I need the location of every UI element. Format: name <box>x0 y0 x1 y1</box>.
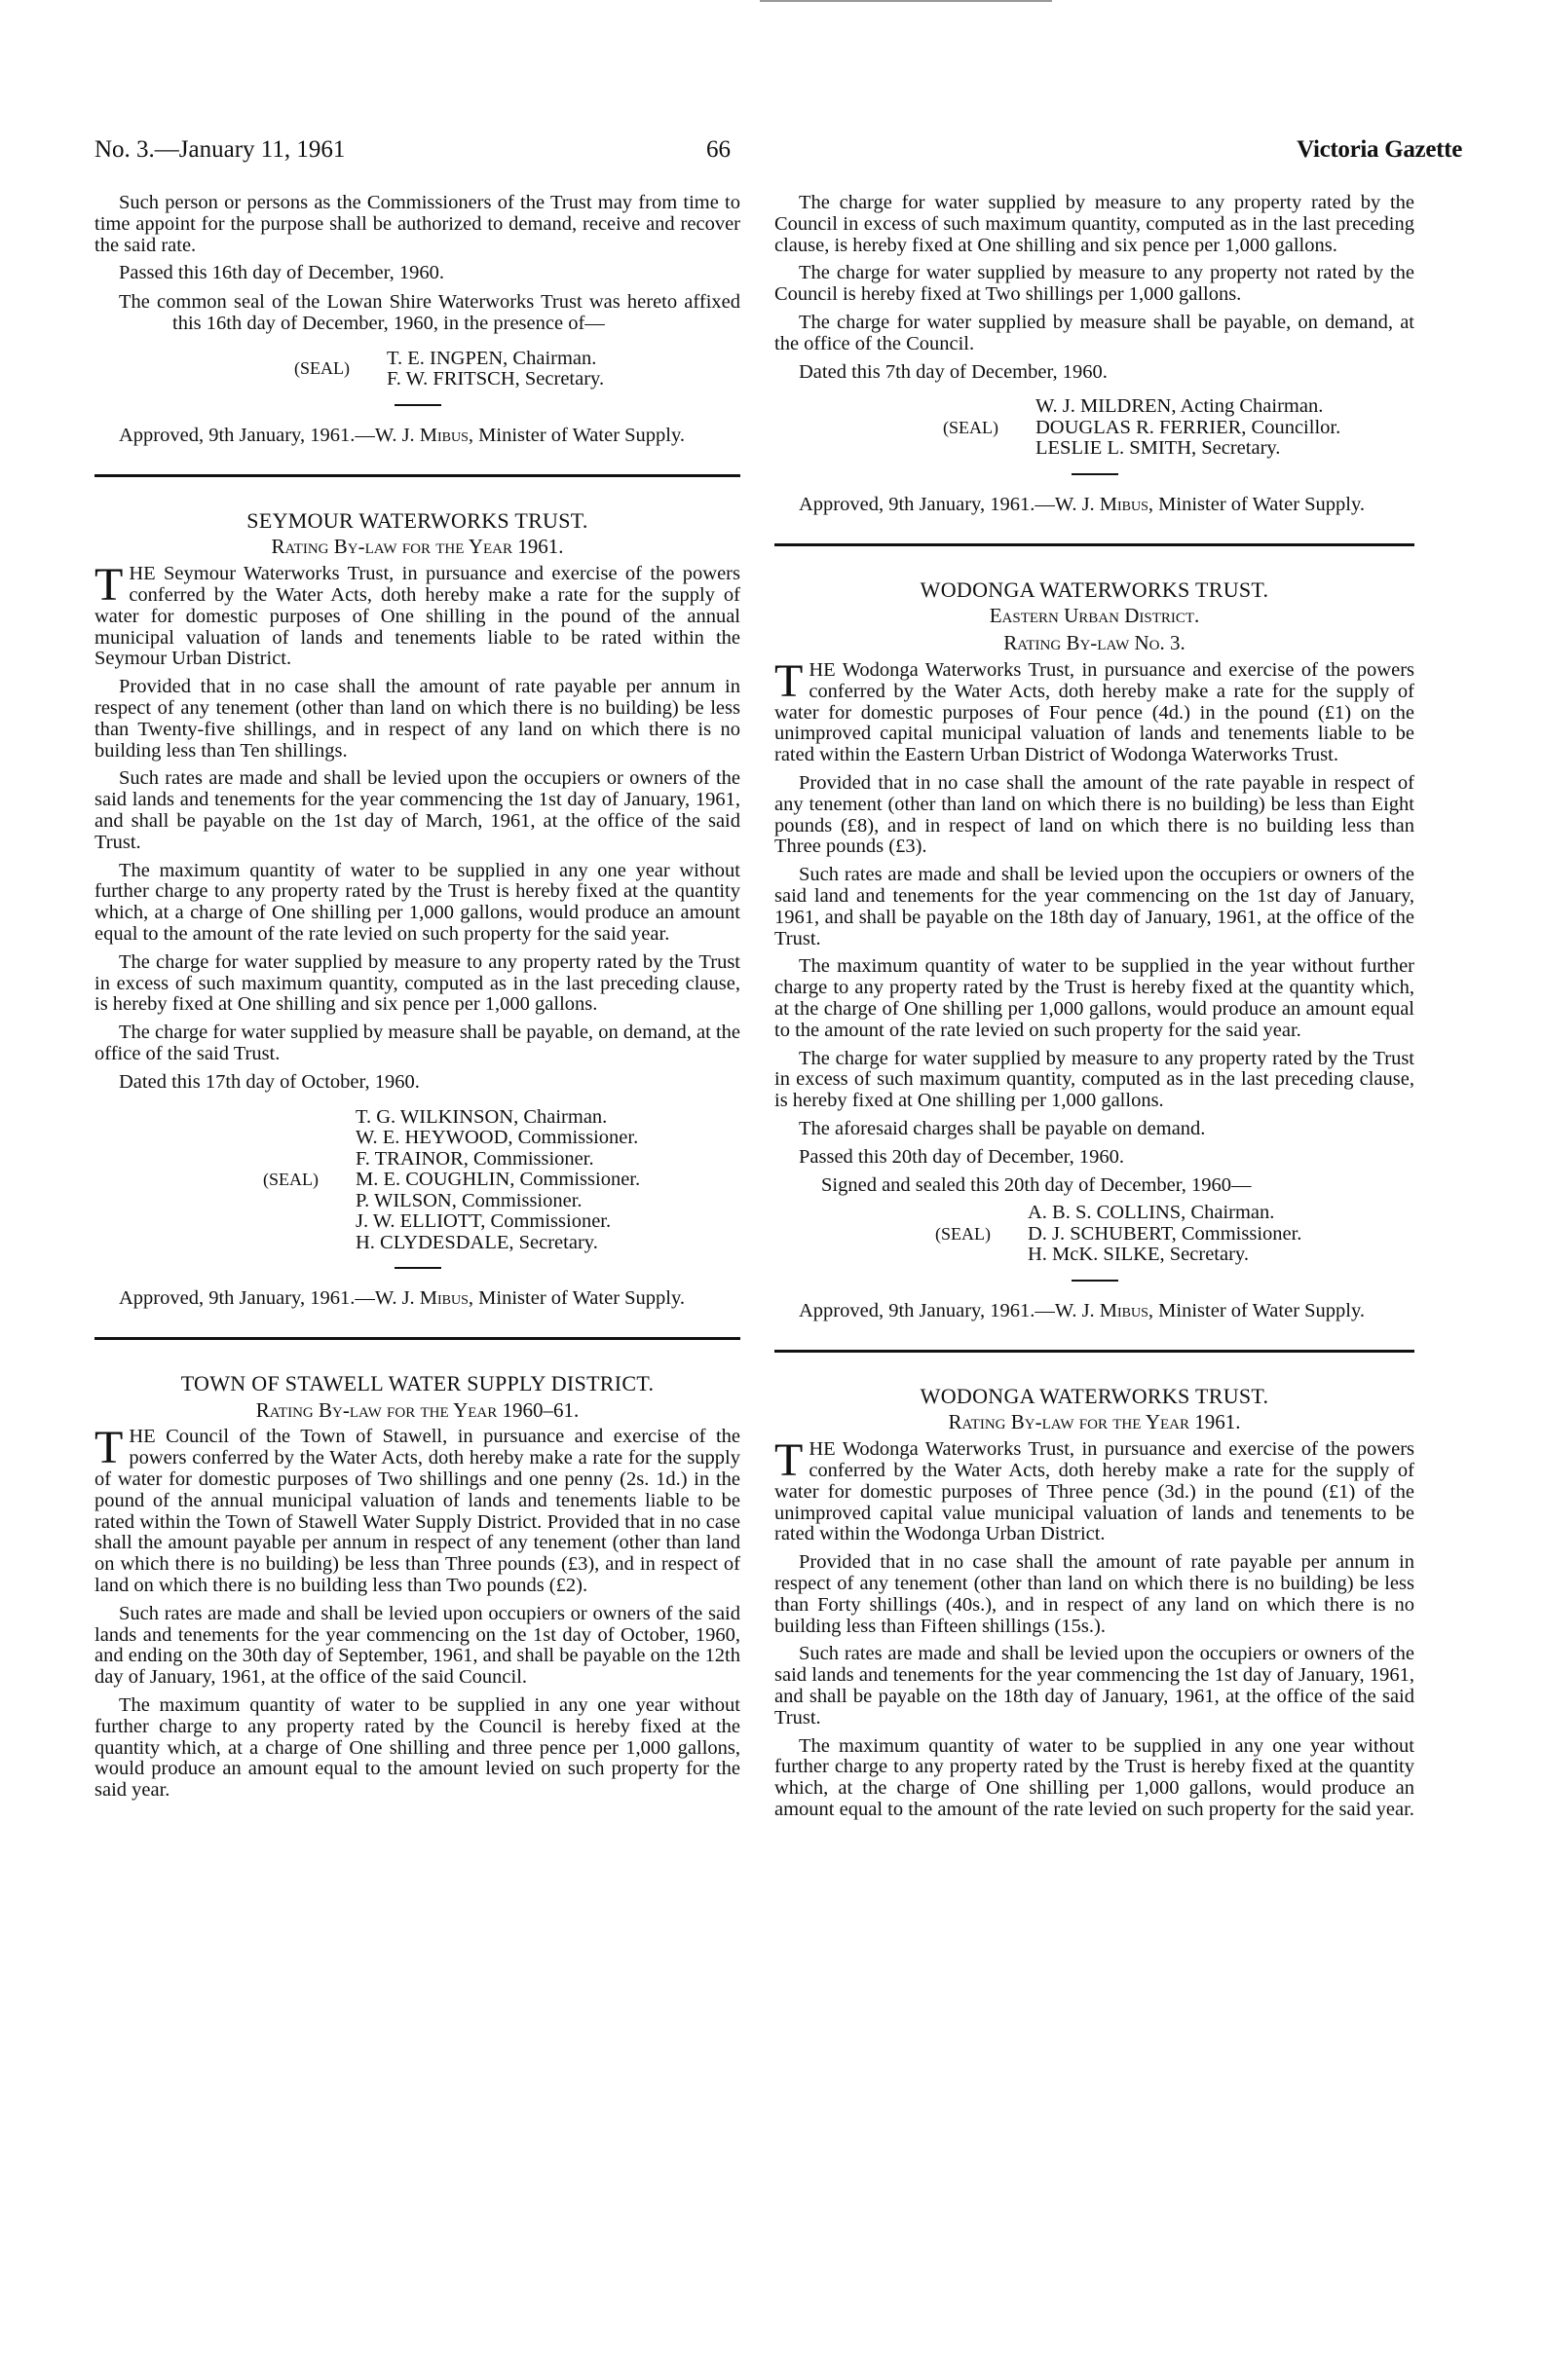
signatory: DOUGLAS R. FERRIER, Councillor. <box>1035 418 1340 439</box>
wodonga-1961-section: WODONGA WATERWORKS TRUST. Rating By-law … <box>774 1386 1414 1821</box>
dated: Dated this 7th day of December, 1960. <box>774 362 1414 384</box>
publication-title: Victoria Gazette <box>1297 136 1462 164</box>
paragraph: Such rates are made and shall be levied … <box>94 768 740 853</box>
signature-block: (SEAL) T. E. INGPEN, Chairman. F. W. FRI… <box>94 349 740 390</box>
seal-statement: The common seal of the Lowan Shire Water… <box>94 292 740 335</box>
signatory: F. W. FRITSCH, Secretary. <box>387 369 604 390</box>
section-subtitle: Eastern Urban District. <box>774 606 1414 627</box>
drop-cap: T <box>94 566 123 605</box>
section-title: WODONGA WATERWORKS TRUST. <box>774 579 1414 601</box>
page-header: No. 3.—January 11, 1961 66 Victoria Gaze… <box>94 136 1468 169</box>
section-subtitle: Rating By-law for the Year 1961. <box>774 1412 1414 1433</box>
short-rule <box>1072 473 1118 475</box>
paragraph: The maximum quantity of water to be supp… <box>94 861 740 946</box>
signatories: W. J. MILDREN, Acting Chairman. DOUGLAS … <box>1035 396 1340 460</box>
short-rule <box>395 1267 441 1269</box>
signature-block: (SEAL) W. J. MILDREN, Acting Chairman. D… <box>774 396 1414 460</box>
passed-date: Passed this 16th day of December, 1960. <box>94 263 740 284</box>
signatory: J. W. ELLIOTT, Commissioner. <box>356 1211 640 1233</box>
signatory: T. G. WILKINSON, Chairman. <box>356 1107 640 1129</box>
opening-paragraph: THE Wodonga Waterworks Trust, in pursuan… <box>774 1439 1414 1545</box>
seal-label: (SEAL) <box>94 1107 356 1254</box>
section-title: TOWN OF STAWELL WATER SUPPLY DISTRICT. <box>94 1373 740 1395</box>
page-number: 66 <box>706 136 731 164</box>
signatory: M. E. COUGHLIN, Commissioner. <box>356 1170 640 1191</box>
paragraph: The maximum quantity of water to be supp… <box>774 956 1414 1041</box>
signatory: D. J. SCHUBERT, Commissioner. <box>1028 1224 1301 1246</box>
paragraph: Provided that in no case shall the amoun… <box>94 677 740 762</box>
drop-cap: T <box>94 1429 123 1468</box>
signatory: A. B. S. COLLINS, Chairman. <box>1028 1203 1301 1224</box>
opening-paragraph: THE Seymour Waterworks Trust, in pursuan… <box>94 564 740 670</box>
paragraph: The charge for water supplied by measure… <box>774 193 1414 256</box>
signatory: F. TRAINOR, Commissioner. <box>356 1149 640 1171</box>
section-title: WODONGA WATERWORKS TRUST. <box>774 1386 1414 1407</box>
paragraph: The charge for water supplied by measure… <box>94 1023 740 1065</box>
paragraph: The aforesaid charges shall be payable o… <box>774 1119 1414 1140</box>
paragraph: Provided that in no case shall the amoun… <box>774 773 1414 858</box>
dated: Dated this 17th day of October, 1960. <box>94 1072 740 1094</box>
signatory: H. CLYDESDALE, Secretary. <box>356 1233 640 1254</box>
section-divider <box>774 1350 1414 1353</box>
signatories: T. G. WILKINSON, Chairman. W. E. HEYWOOD… <box>356 1107 640 1254</box>
opening-paragraph: THE Council of the Town of Stawell, in p… <box>94 1427 740 1596</box>
approval: Approved, 9th January, 1961.—W. J. Mibus… <box>774 1301 1414 1322</box>
stawell-continuation: The charge for water supplied by measure… <box>774 193 1414 516</box>
paragraph: Provided that in no case shall the amoun… <box>774 1552 1414 1637</box>
section-title: SEYMOUR WATERWORKS TRUST. <box>94 510 740 532</box>
signatory: T. E. INGPEN, Chairman. <box>387 349 604 370</box>
seal-label: (SEAL) <box>94 349 387 390</box>
wodonga-eastern-section: WODONGA WATERWORKS TRUST. Eastern Urban … <box>774 579 1414 1322</box>
signatory: H. McK. SILKE, Secretary. <box>1028 1245 1301 1266</box>
approval: Approved, 9th January, 1961.—W. J. Mibus… <box>94 1288 740 1310</box>
lowan-continuation: Such person or persons as the Commission… <box>94 193 740 447</box>
paragraph: Such rates are made and shall be levied … <box>774 865 1414 949</box>
section-subtitle: Rating By-law for the Year 1961. <box>94 537 740 558</box>
section-divider <box>94 474 740 477</box>
signature-block: (SEAL) A. B. S. COLLINS, Chairman. D. J.… <box>774 1203 1414 1266</box>
signatories: T. E. INGPEN, Chairman. F. W. FRITSCH, S… <box>387 349 604 390</box>
drop-cap: T <box>774 1441 803 1480</box>
signatories: A. B. S. COLLINS, Chairman. D. J. SCHUBE… <box>1028 1203 1301 1266</box>
paragraph: The charge for water supplied by measure… <box>774 1049 1414 1112</box>
seal-label: (SEAL) <box>774 1203 1028 1266</box>
left-column: Such person or persons as the Commission… <box>94 193 740 1808</box>
issue-date: No. 3.—January 11, 1961 <box>94 136 345 164</box>
right-column: The charge for water supplied by measure… <box>774 193 1414 1828</box>
paragraph: The charge for water supplied by measure… <box>774 313 1414 355</box>
paragraph: Such rates are made and shall be levied … <box>774 1644 1414 1729</box>
short-rule <box>395 404 441 406</box>
seal-label: (SEAL) <box>774 396 1035 460</box>
paragraph: The maximum quantity of water to be supp… <box>774 1736 1414 1821</box>
signatory: W. J. MILDREN, Acting Chairman. <box>1035 396 1340 418</box>
approval: Approved, 9th January, 1961.—W. J. Mibus… <box>774 495 1414 516</box>
paragraph: Such person or persons as the Commission… <box>94 193 740 256</box>
scan-artifact <box>760 0 1052 2</box>
paragraph: The charge for water supplied by measure… <box>94 952 740 1016</box>
stawell-section: TOWN OF STAWELL WATER SUPPLY DISTRICT. R… <box>94 1373 740 1802</box>
drop-cap: T <box>774 662 803 701</box>
seymour-section: SEYMOUR WATERWORKS TRUST. Rating By-law … <box>94 510 740 1310</box>
signatory: W. E. HEYWOOD, Commissioner. <box>356 1128 640 1149</box>
signatory: LESLIE L. SMITH, Secretary. <box>1035 438 1340 460</box>
paragraph: Such rates are made and shall be levied … <box>94 1604 740 1689</box>
paragraph: Passed this 20th day of December, 1960. <box>774 1147 1414 1169</box>
signed-statement: Signed and sealed this 20th day of Decem… <box>774 1175 1414 1197</box>
section-divider <box>94 1337 740 1340</box>
signatory: P. WILSON, Commissioner. <box>356 1191 640 1212</box>
paragraph: The maximum quantity of water to be supp… <box>94 1695 740 1802</box>
signature-block: (SEAL) T. G. WILKINSON, Chairman. W. E. … <box>94 1107 740 1254</box>
approval: Approved, 9th January, 1961.—W. J. Mibus… <box>94 426 740 447</box>
paragraph: The charge for water supplied by measure… <box>774 263 1414 306</box>
section-subtitle-2: Rating By-law No. 3. <box>774 633 1414 654</box>
opening-paragraph: THE Wodonga Waterworks Trust, in pursuan… <box>774 660 1414 766</box>
short-rule <box>1072 1280 1118 1282</box>
section-subtitle: Rating By-law for the Year 1960–61. <box>94 1400 740 1422</box>
section-divider <box>774 543 1414 546</box>
